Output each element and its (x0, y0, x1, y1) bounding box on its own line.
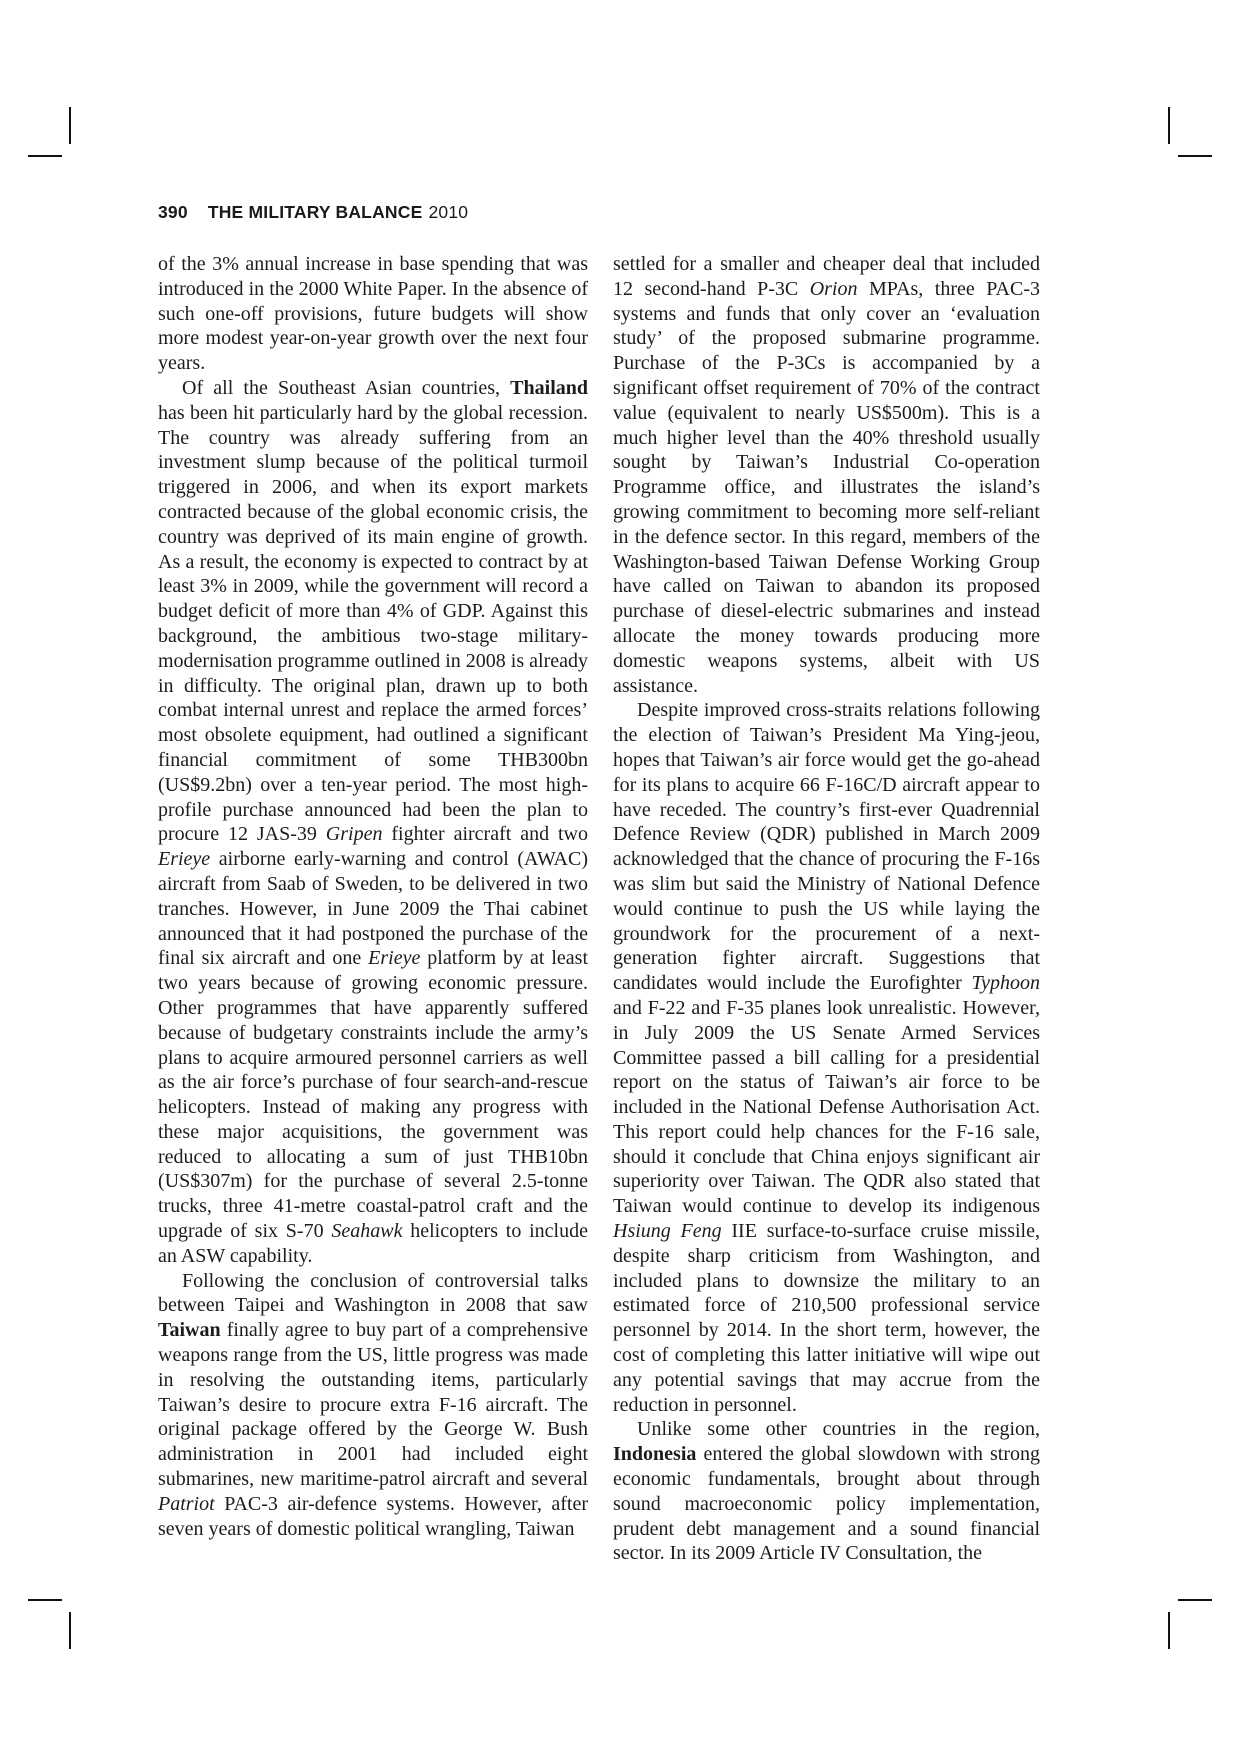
paragraph: Unlike some other countries in the regio… (613, 1417, 1040, 1566)
crop-mark-bottom-left-horizontal (28, 1599, 62, 1601)
left-column: of the 3% annual increase in base spendi… (158, 252, 588, 1566)
header-title: THE MILITARY BALANCE (208, 202, 423, 222)
paragraph: Despite improved cross-straits relations… (613, 698, 1040, 1417)
crop-mark-bottom-left-vertical (69, 1612, 71, 1649)
paragraph: Of all the Southeast Asian countries, Th… (158, 376, 588, 1269)
page-header: 390THE MILITARY BALANCE2010 (158, 202, 468, 223)
crop-mark-bottom-right-vertical (1168, 1612, 1170, 1649)
crop-mark-bottom-right-horizontal (1178, 1599, 1212, 1601)
paragraph: Following the conclusion of controversia… (158, 1269, 588, 1542)
header-year: 2010 (428, 202, 468, 222)
page-number: 390 (158, 202, 188, 222)
crop-mark-top-right-vertical (1168, 107, 1170, 144)
paragraph: settled for a smaller and cheaper deal t… (613, 252, 1040, 698)
right-column: settled for a smaller and cheaper deal t… (613, 252, 1040, 1566)
crop-mark-top-left-vertical (69, 107, 71, 144)
crop-mark-top-right-horizontal (1178, 155, 1212, 157)
paragraph: of the 3% annual increase in base spendi… (158, 252, 588, 376)
crop-mark-top-left-horizontal (28, 155, 62, 157)
article-body: of the 3% annual increase in base spendi… (158, 252, 1040, 1566)
